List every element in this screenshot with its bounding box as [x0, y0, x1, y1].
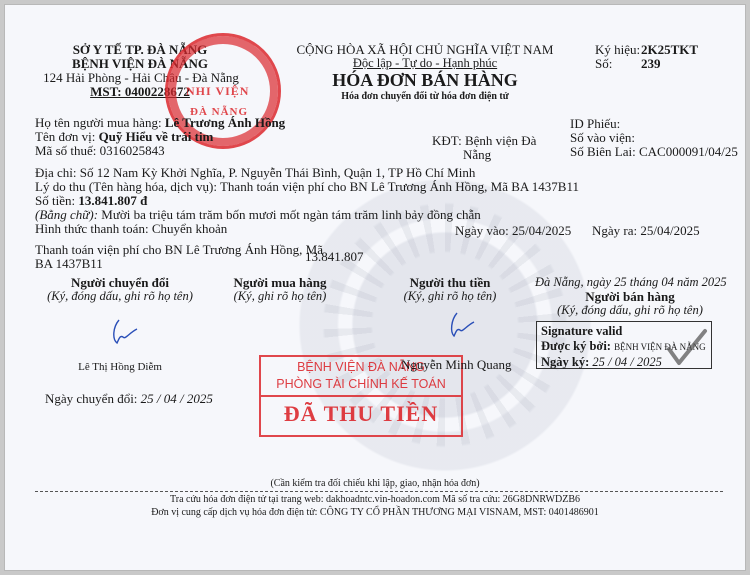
payment-method-row: Hình thức thanh toán: Chuyển khoản — [35, 221, 227, 237]
seller-tax-code: MST: 0400228672 — [45, 84, 235, 100]
footer-lookup: Tra cứu hóa đơn điện tử tại trang web: d… — [5, 494, 745, 505]
motto: Độc lập - Tự do - Hạnh phúc — [270, 56, 580, 71]
date-out-row: Ngày ra: 25/04/2025 — [592, 223, 700, 239]
conversion-date-row: Ngày chuyển đổi: 25 / 04 / 2025 — [45, 391, 213, 407]
cashier-note: (Ký, ghi rõ họ tên) — [385, 289, 515, 304]
seller-sign-note: (Ký, đóng dấu, ghi rõ họ tên) — [535, 303, 725, 318]
cashier-name: Nguyễn Minh Quang — [401, 357, 512, 373]
number-value: 239 — [641, 56, 661, 72]
converter-signature — [109, 317, 149, 347]
converter-note: (Ký, đóng dấu, ghi rõ họ tên) — [35, 289, 205, 304]
line-item-description-cont: BA 1437B11 — [35, 256, 103, 272]
buyer-sign-note: (Ký, ghi rõ họ tên) — [215, 289, 345, 304]
buyer-tax-row: Mã số thuế: 0316025843 — [35, 143, 165, 159]
number-label: Số: — [595, 56, 612, 72]
date-in-row: Ngày vào: 25/04/2025 — [455, 223, 571, 239]
digital-signature-box: Signature valid Được ký bởi: BỆNH VIỆN Đ… — [536, 321, 712, 369]
converter-name: Lê Thị Hồng Diễm — [35, 361, 205, 373]
seller-place-date: Đà Nẵng, ngày 25 tháng 04 năm 2025 — [535, 275, 725, 290]
invoice-subtitle: Hóa đơn chuyển đổi từ hóa đơn điện tử — [270, 91, 580, 102]
cashier-signature — [445, 310, 485, 340]
footer-provider: Đơn vị cung cấp dịch vụ hóa đơn điện tử:… — [5, 507, 745, 518]
signature-status: Signature valid — [541, 324, 707, 339]
line-item-amount: 13.841.807 — [305, 249, 364, 265]
invoice-title: HÓA ĐƠN BÁN HÀNG — [270, 70, 580, 91]
footer-divider — [35, 491, 723, 492]
footer-check-note: (Cần kiểm tra đối chiếu khi lập, giao, n… — [5, 478, 745, 489]
signed-date-row: Ngày ký: 25 / 04 / 2025 — [541, 355, 707, 370]
kdt-row-cont: Nẵng — [463, 147, 491, 163]
signed-by-row: Được ký bởi: BỆNH VIỆN ĐÀ NẴNG — [541, 339, 707, 355]
invoice-page: SỞ Y TẾ TP. ĐÀ NẴNG BỆNH VIỆN ĐÀ NẴNG 12… — [4, 4, 746, 571]
receipt-row: Số Biên Lai: CAC000091/04/25 — [570, 144, 738, 160]
